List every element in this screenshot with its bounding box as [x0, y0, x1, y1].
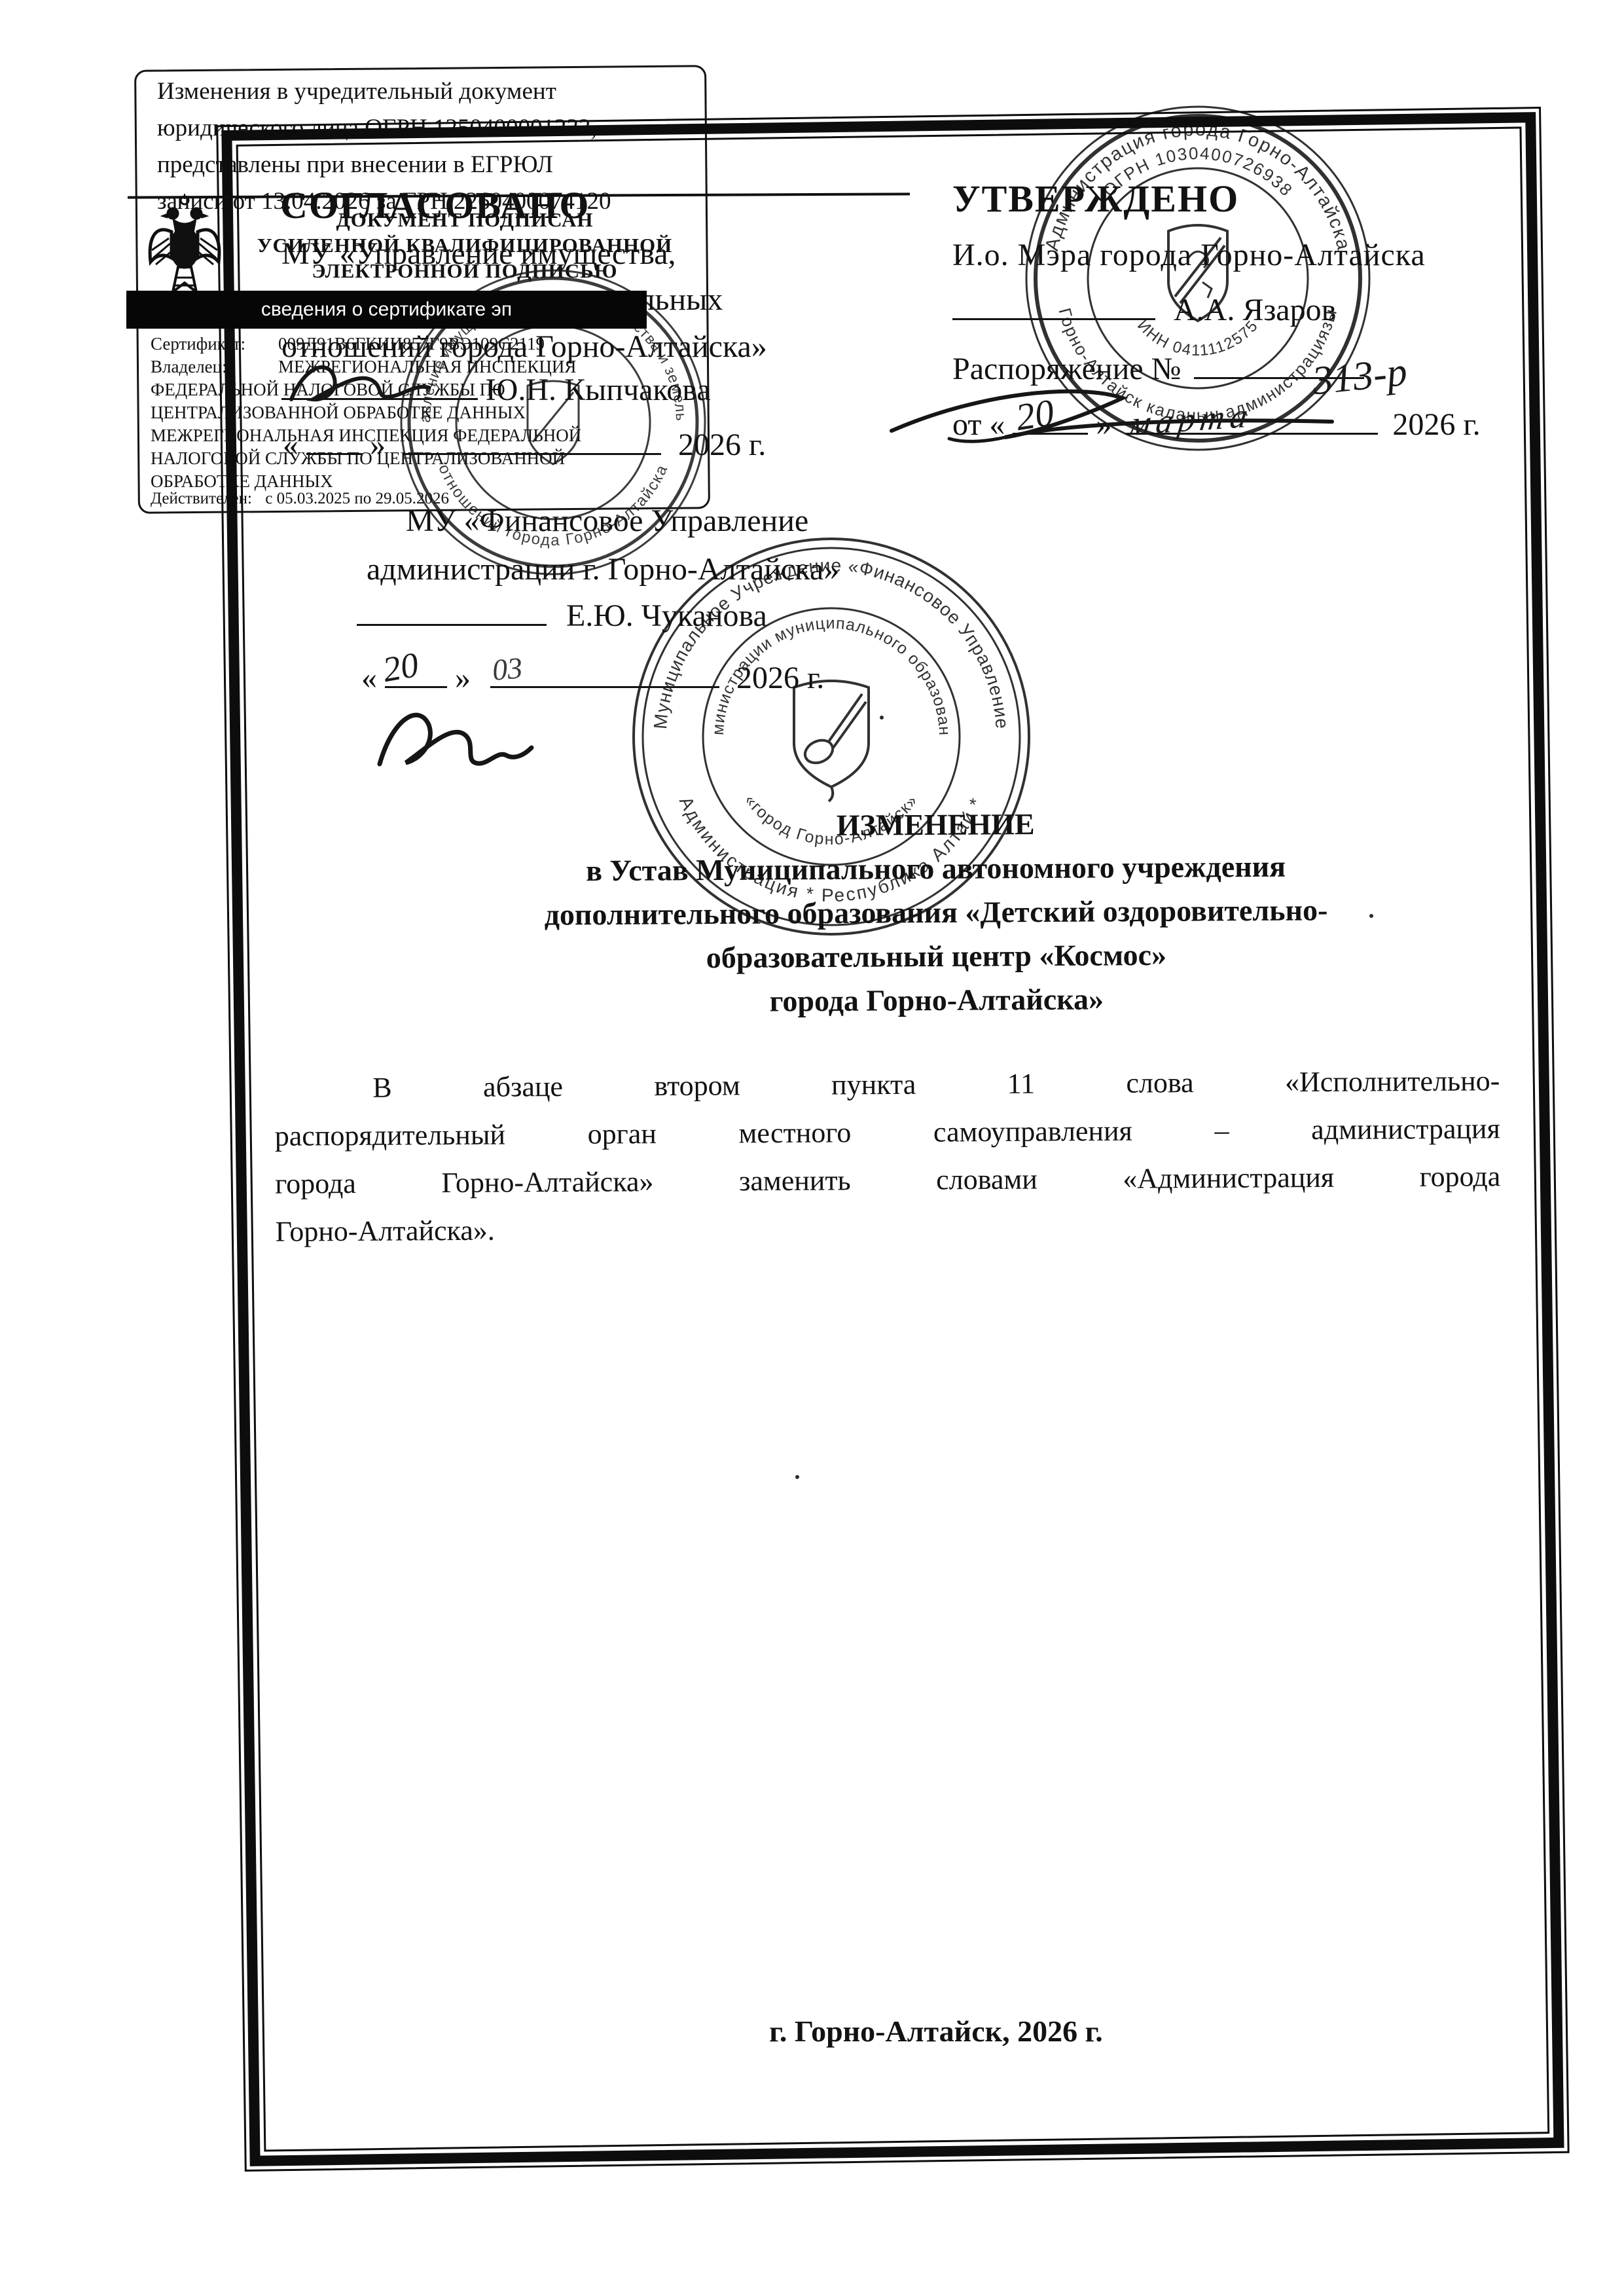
body-line: Горно-Алтайска». [275, 1200, 1500, 1255]
quote-mark: » [455, 661, 471, 695]
blank-line [403, 422, 661, 455]
finance-signature-row: Е.Ю. Чуканова [357, 592, 767, 635]
body-line: города Горно-Алтайска» заменить словами … [275, 1152, 1500, 1207]
registration-line: юридического лица ОГРН 1250400001233, [157, 110, 707, 147]
approved-year: 2026 г. [1392, 407, 1480, 442]
title-line: образовательный центр «Космос» [367, 931, 1506, 982]
cert-owner-label: Владелец: [151, 355, 227, 378]
registration-line: Изменения в учредительный документ [157, 73, 707, 110]
scan-speck [795, 1475, 799, 1479]
handwritten-day: 20 [1013, 390, 1057, 439]
coat-of-arms-eagle-icon [147, 194, 223, 302]
title-line: ИЗМЕНЕНИЕ [366, 799, 1505, 850]
handwritten-day: 20 [380, 644, 422, 690]
document-title: ИЗМЕНЕНИЕ в Устав Муниципального автоном… [366, 799, 1506, 1026]
signature-chukanova-icon [367, 695, 569, 780]
quote-mark: « [361, 661, 377, 695]
body-paragraph: В абзаце втором пункта 11 слова «Исполни… [274, 1057, 1501, 1255]
approved-heading: УТВЕРЖДЕНО [952, 177, 1239, 221]
agreed-year: 2026 г. [678, 428, 766, 462]
blank-line [490, 655, 719, 688]
body-line: В абзаце втором пункта 11 слова «Исполни… [274, 1057, 1500, 1112]
cert-validity-label: Действителен: [151, 490, 252, 507]
approved-line1: И.о. Мэра города Горно-Алтайска [952, 237, 1426, 274]
registration-line: представлены при внесении в ЕГРЮЛ [157, 147, 707, 183]
handwritten-order-number: 313-р [1310, 349, 1409, 405]
signature-kypchakova-icon [281, 354, 491, 412]
title-line: в Устав Муниципального автономного учреж… [366, 843, 1505, 894]
title-line: города Горно-Алтайска» [367, 975, 1506, 1026]
body-line: распорядительный орган местного самоупра… [275, 1104, 1500, 1159]
scanned-document-page: Изменения в учредительный документ юриди… [0, 0, 1624, 2296]
scan-speck [880, 716, 884, 720]
handwritten-extra: 03 [491, 650, 524, 687]
agreed-org-line: МУ «Управление имущества, [281, 236, 676, 273]
title-line: дополнительного образования «Детский озд… [367, 887, 1506, 938]
finance-signer-name: Е.Ю. Чуканова [566, 598, 767, 633]
quote-mark: « [283, 428, 298, 462]
agreed-date-row: « » 2026 г. [283, 422, 766, 464]
finance-date-row: « » 2026 г. [361, 655, 824, 697]
finance-year: 2026 г. [736, 661, 824, 695]
quote-mark: » [370, 428, 386, 462]
stamp-center-emblem [794, 681, 869, 801]
approved-signature-row: А.А. Язаров [952, 287, 1336, 329]
signature-line [952, 287, 1155, 320]
signature-line [357, 592, 547, 626]
agreed-heading: СОГЛАСОВАНО [280, 183, 590, 227]
scan-speck [1369, 914, 1373, 918]
finance-org-line: администрации г. Горно-Алтайска» [367, 551, 839, 589]
agreed-signer-name: Ю.Н. Кыпчакова [486, 373, 711, 407]
signature-yazarov-icon [884, 380, 1342, 458]
blank-line [306, 422, 362, 455]
cert-label: Сертификат: [151, 333, 245, 355]
certificate-banner: сведения о сертификате эп [126, 291, 647, 329]
finance-org-line: МУ «Финансовое Управление [406, 503, 808, 540]
footer-city-year: г. Горно-Алтайск, 2026 г. [367, 2014, 1506, 2049]
approved-signer-name: А.А. Язаров [1174, 293, 1336, 327]
